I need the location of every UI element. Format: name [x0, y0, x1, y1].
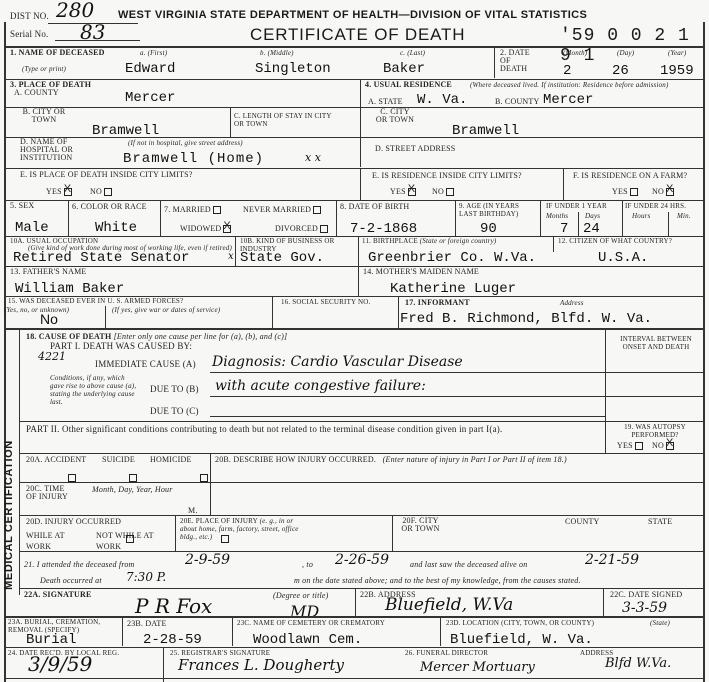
mother-label: 14. MOTHER'S MAIDEN NAME: [363, 267, 479, 276]
res-label: 4. USUAL RESIDENCE: [365, 80, 452, 89]
date-signed-label: 22c. DATE SIGNED: [610, 590, 682, 599]
armed-forces-hint2: (If yes, give war or dates of service): [112, 306, 220, 314]
res-limits-yes[interactable]: YES: [390, 187, 416, 196]
pod-city-label: b. CITY or TOWN: [20, 108, 68, 124]
under1-label: IF UNDER 1 YEAR: [546, 202, 607, 210]
attended-label: 21. I attended the deceased from: [24, 560, 135, 569]
line: [210, 416, 605, 417]
farm-no[interactable]: NO: [652, 187, 674, 196]
registrar-signature: Frances L. Dougherty: [178, 656, 344, 674]
divider: [160, 200, 161, 236]
min-label: Min.: [677, 212, 691, 220]
physician-address: Bluefield, W.Va: [385, 595, 513, 615]
not-while-label: NOT WHILE AT WORK: [96, 530, 161, 552]
divider: [105, 306, 106, 328]
time-injury-label: 20c. TIME OF INJURY: [26, 485, 74, 501]
serial-label: Serial No.: [10, 30, 49, 39]
no-text: NO: [432, 187, 444, 196]
divider: [122, 616, 123, 646]
interval-label: INTERVAL BETWEEN ONSET AND DEATH: [612, 335, 700, 351]
last-label: c. (Last): [400, 49, 425, 57]
funeral-director: Mercer Mortuary: [420, 660, 535, 675]
divider: [163, 647, 164, 682]
hospital-label: d. NAME OF HOSPITAL OR INSTITUTION: [20, 138, 100, 162]
res-state: W. Va.: [417, 93, 467, 108]
days-label: Days: [585, 212, 600, 220]
attended-from: 2-9-59: [185, 552, 230, 568]
middle-label: b. (Middle): [260, 49, 294, 57]
burial-method: Burial: [26, 633, 76, 648]
armed-forces-hint1: (Yes, no, or unknown): [4, 306, 69, 314]
married-option[interactable]: 7. MARRIED: [164, 205, 221, 214]
checkbox[interactable]: [320, 225, 328, 233]
res-city-label: c. CITY or TOWN: [375, 108, 415, 124]
divider: [392, 515, 393, 551]
rule: [6, 678, 703, 679]
immediate-label: IMMEDIATE CAUSE (a): [95, 360, 196, 369]
dob-label: 8. DATE OF BIRTH: [340, 202, 409, 211]
name-label: 1. NAME OF DECEASED: [10, 48, 105, 57]
medical-certification-side-label: MEDICAL CERTIFICATION: [2, 430, 16, 600]
father-name: William Baker: [15, 282, 124, 297]
divider: [398, 296, 399, 328]
dist-label: Dist No.: [10, 12, 49, 21]
signature-label: 22a. SIGNATURE: [24, 590, 92, 599]
divider: [175, 515, 176, 551]
divider: [358, 266, 359, 296]
business: State Gov.: [240, 251, 324, 266]
time-injury-hint: Month, Day, Year, Hour: [92, 485, 173, 494]
checkbox-checked[interactable]: [64, 188, 72, 196]
due-c-label: DUE TO (c): [150, 407, 199, 416]
checkbox[interactable]: [635, 442, 643, 450]
dod-label: 2. DATE OF DEATH: [500, 49, 532, 73]
dist-number: 280: [56, 0, 94, 22]
place-injury-label: 20e. PLACE OF INJURY: [180, 517, 258, 525]
rule: [19, 453, 703, 454]
immediate-cause: Diagnosis: Cardio Vascular Disease: [212, 354, 463, 370]
res-limits-label: e. IS RESIDENCE INSIDE CITY LIMITS?: [372, 171, 522, 180]
location-label: 23d. LOCATION (City, town, or county): [446, 619, 594, 627]
occupation: Retired State Senator: [13, 251, 189, 266]
under24-label: IF UNDER 24 HRS.: [625, 202, 686, 210]
divorced-option[interactable]: DIVORCED: [275, 224, 328, 233]
rule: [19, 515, 703, 516]
divider: [360, 137, 361, 167]
race-label: 6. COLOR OR RACE: [72, 202, 147, 211]
due-b-label: DUE TO (b): [150, 385, 199, 394]
divider: [605, 330, 606, 422]
rule: [6, 79, 703, 80]
divider: [210, 453, 211, 515]
conditions-hint: Conditions, if any, which gave rise to a…: [50, 374, 138, 406]
informant-address-label: Address: [560, 299, 584, 307]
funeral-director-label: 26. FUNERAL DIRECTOR: [405, 649, 488, 657]
last-name: Baker: [383, 62, 425, 77]
line: [210, 372, 605, 373]
part1-label: PART I. DEATH WAS CAUSED BY:: [50, 342, 192, 351]
cemetery: Woodlawn Cem.: [253, 633, 362, 648]
divider: [622, 200, 623, 236]
date-recd: 3/9/59: [28, 652, 92, 676]
divider: [232, 616, 233, 646]
degree-label: (Degree or title): [273, 591, 329, 600]
line: [210, 396, 605, 397]
divider: [540, 200, 541, 236]
res-state-label: a. STATE: [368, 97, 403, 106]
res-hint: (Where deceased lived. If institution: R…: [470, 81, 669, 89]
injury-county-label: COUNTY: [565, 517, 600, 526]
armed-forces-label: 15. WAS DECEASED EVER IN U. S. ARMED FOR…: [8, 297, 183, 305]
stay-label: c. LENGTH OF STAY IN CITY OR TOWN: [234, 112, 334, 128]
hours-label: Hours: [632, 212, 651, 220]
serial-underline: [55, 40, 140, 41]
checkbox-checked[interactable]: [666, 188, 674, 196]
res-limits-no[interactable]: NO: [432, 187, 454, 196]
checkbox[interactable]: [313, 206, 321, 214]
attended-to: 2-26-59: [335, 552, 389, 568]
divider: [355, 588, 356, 616]
pod-limits-label: e. IS PLACE OF DEATH INSIDE CITY LIMITS?: [20, 170, 193, 179]
checkbox-checked[interactable]: [408, 188, 416, 196]
hospital-hint: (If not in hospital, give street address…: [128, 139, 243, 147]
birthplace-hint: (State or foreign country): [420, 237, 497, 245]
cause-hint: [Enter only one cause per line for (a), …: [114, 332, 288, 341]
rule: [6, 328, 703, 330]
checkbox[interactable]: [104, 188, 112, 196]
res-county: Mercer: [543, 93, 593, 108]
divider: [336, 200, 337, 236]
place-injury-block: 20e. PLACE OF INJURY (e. g., in or about…: [180, 517, 305, 541]
cemetery-label: 23c. NAME OF CEMETERY OR CREMATORY: [237, 619, 385, 627]
rule: [6, 200, 703, 201]
right-border: [703, 22, 705, 682]
armed-forces: No: [40, 312, 58, 327]
divider: [358, 236, 359, 266]
sex: Male: [15, 221, 49, 236]
no-text: NO: [652, 441, 664, 450]
no-text: NO: [90, 187, 102, 196]
age-days: 24: [583, 222, 600, 237]
birthplace-label: 11. BIRTHPLACE: [362, 237, 418, 245]
never-married-option[interactable]: NEVER MARRIED: [243, 205, 321, 214]
informant: Fred B. Richmond, Blfd. W. Va.: [400, 312, 652, 327]
widowed-text: WIDOWED: [180, 224, 221, 233]
rule: [19, 588, 703, 589]
pod-limits-no[interactable]: NO: [90, 187, 112, 196]
divider: [360, 107, 361, 137]
last-alive-label: and last saw the deceased alive on: [410, 560, 527, 569]
checkbox-checked[interactable]: [666, 442, 674, 450]
part2-label: PART II. Other significant conditions co…: [26, 425, 502, 434]
checkbox[interactable]: [213, 206, 221, 214]
informant-label: 17. INFORMANT: [405, 298, 470, 307]
age-months: 7: [560, 222, 568, 237]
m-label: M.: [188, 506, 198, 515]
due-b-cause: with acute congestive failure:: [215, 378, 426, 394]
married-text: 7. MARRIED: [164, 205, 211, 214]
citizen: U.S.A.: [598, 251, 648, 266]
burial-location: Bluefield, W. Va.: [450, 633, 593, 648]
rule: [6, 647, 703, 648]
location-state-label: (State): [650, 619, 670, 627]
divider: [68, 200, 69, 236]
yes-text: YES: [612, 187, 628, 196]
accident-label: 20a. ACCIDENT: [26, 455, 86, 464]
autopsy-yes[interactable]: YES: [617, 441, 643, 450]
date-signed: 3-3-59: [622, 600, 667, 616]
burial-date: 2-28-59: [143, 633, 202, 648]
dod-year: 1959: [660, 64, 694, 79]
dod-day: 26: [612, 64, 629, 79]
injury-work-label: 20d. INJURY OCCURRED: [26, 517, 121, 526]
rule: [6, 266, 703, 267]
yes-text: YES: [617, 441, 633, 450]
divider: [605, 421, 606, 453]
injury-desc-label: 20b. DESCRIBE HOW INJURY OCCURRED.: [215, 455, 376, 464]
farm-label: f. IS RESIDENCE ON A FARM?: [573, 171, 687, 180]
injury-desc-hint: (Enter nature of injury in Part I or Par…: [383, 455, 567, 464]
autopsy-no[interactable]: NO: [652, 441, 674, 450]
certificate-title: CERTIFICATE OF DEATH: [250, 25, 465, 45]
pod-limits-yes[interactable]: YES: [46, 187, 72, 196]
name-sublabel: (Type or print): [22, 65, 66, 73]
age: 90: [480, 222, 497, 237]
death-at-label: Death occurred at: [40, 576, 102, 585]
rule: [6, 46, 703, 48]
funeral-address: Blfd W.Va.: [605, 656, 671, 671]
checkbox[interactable]: [446, 188, 454, 196]
cause-label: 18. CAUSE OF DEATH: [26, 332, 111, 341]
first-name: Edward: [125, 62, 175, 77]
divorced-text: DIVORCED: [275, 224, 318, 233]
side-label-text: MEDICAL CERTIFICATION: [3, 440, 15, 590]
rule: [6, 168, 703, 169]
line: [605, 372, 703, 373]
divider: [603, 588, 604, 616]
street-label: d. STREET ADDRESS: [375, 144, 455, 153]
dod-day-label: (Day): [617, 49, 634, 57]
mother-name: Katherine Luger: [390, 282, 516, 297]
age-label: 9. AGE (In years last birthday): [459, 202, 525, 218]
burial-date-label: 23b. DATE: [127, 619, 167, 628]
birthplace: Greenbrier Co. W.Va.: [368, 251, 536, 266]
yes-text: YES: [46, 187, 62, 196]
father-label: 13. FATHER'S NAME: [10, 267, 86, 276]
dod-year-label: (Year): [668, 49, 686, 57]
rule: [6, 107, 703, 108]
rule: [6, 137, 703, 138]
yes-text: YES: [390, 187, 406, 196]
divider: [230, 107, 231, 137]
divider: [360, 168, 361, 200]
agency-title: WEST VIRGINIA STATE DEPARTMENT OF HEALTH…: [118, 9, 587, 21]
occupation-mark: x: [228, 251, 234, 262]
hospital-mark: x x: [305, 151, 321, 164]
farm-yes[interactable]: YES: [612, 187, 638, 196]
physician-signature: P R Fox: [135, 594, 212, 618]
injury-state-label: STATE: [648, 517, 672, 526]
ssn-label: 16. SOCIAL SECURITY NO.: [281, 298, 370, 306]
never-married-text: NEVER MARRIED: [243, 205, 311, 214]
divider: [553, 236, 554, 252]
divider: [235, 236, 236, 266]
divider: [455, 200, 456, 236]
while-work-label: WHILE AT WORK: [26, 530, 71, 552]
dod-month: 2: [563, 64, 571, 79]
dob: 7-2-1868: [350, 222, 417, 237]
no-text: NO: [652, 187, 664, 196]
autopsy-label: 19. WAS AUTOPSY PERFORMED?: [610, 423, 700, 439]
divider: [578, 212, 579, 236]
death-certificate: Dist No. 280 Serial No. 83 WEST VIRGINIA…: [0, 0, 709, 682]
checkbox[interactable]: [630, 188, 638, 196]
divider: [360, 79, 361, 107]
divider: [494, 48, 495, 78]
divider: [668, 212, 669, 236]
pod-county: Mercer: [125, 91, 175, 106]
divider: [440, 616, 441, 646]
line: [605, 396, 703, 397]
injury-city-label: 20f. CITY or TOWN: [398, 517, 443, 533]
hospital-name: Bramwell (Home): [123, 152, 264, 167]
rule: [19, 482, 703, 483]
death-at: 7:30 P.: [126, 570, 166, 584]
sex-label: 5. SEX: [10, 201, 34, 210]
cause-code: 4221: [38, 350, 66, 363]
first-label: a. (First): [140, 49, 167, 57]
middle-name: Singleton: [255, 62, 331, 77]
death-at-suffix: m on the date stated above; and to the b…: [294, 576, 581, 585]
months-label: Months: [546, 212, 568, 220]
attended-to-label: , to: [302, 560, 313, 569]
widowed-option[interactable]: WIDOWED: [180, 224, 231, 233]
res-county-label: b. COUNTY: [495, 97, 539, 106]
homicide-label: HOMICIDE: [150, 455, 192, 464]
race: White: [95, 221, 137, 236]
checkbox-checked[interactable]: [223, 225, 231, 233]
last-alive: 2-21-59: [585, 552, 639, 568]
dod-month-label: (Month): [563, 49, 587, 57]
divider: [272, 296, 273, 328]
divider: [19, 330, 20, 595]
rule: [19, 421, 703, 422]
citizen-label: 12. CITIZEN OF WHAT COUNTRY?: [558, 237, 672, 245]
divider: [563, 168, 564, 200]
pod-county-label: a. COUNTY: [14, 88, 59, 97]
suicide-label: SUICIDE: [102, 455, 135, 464]
